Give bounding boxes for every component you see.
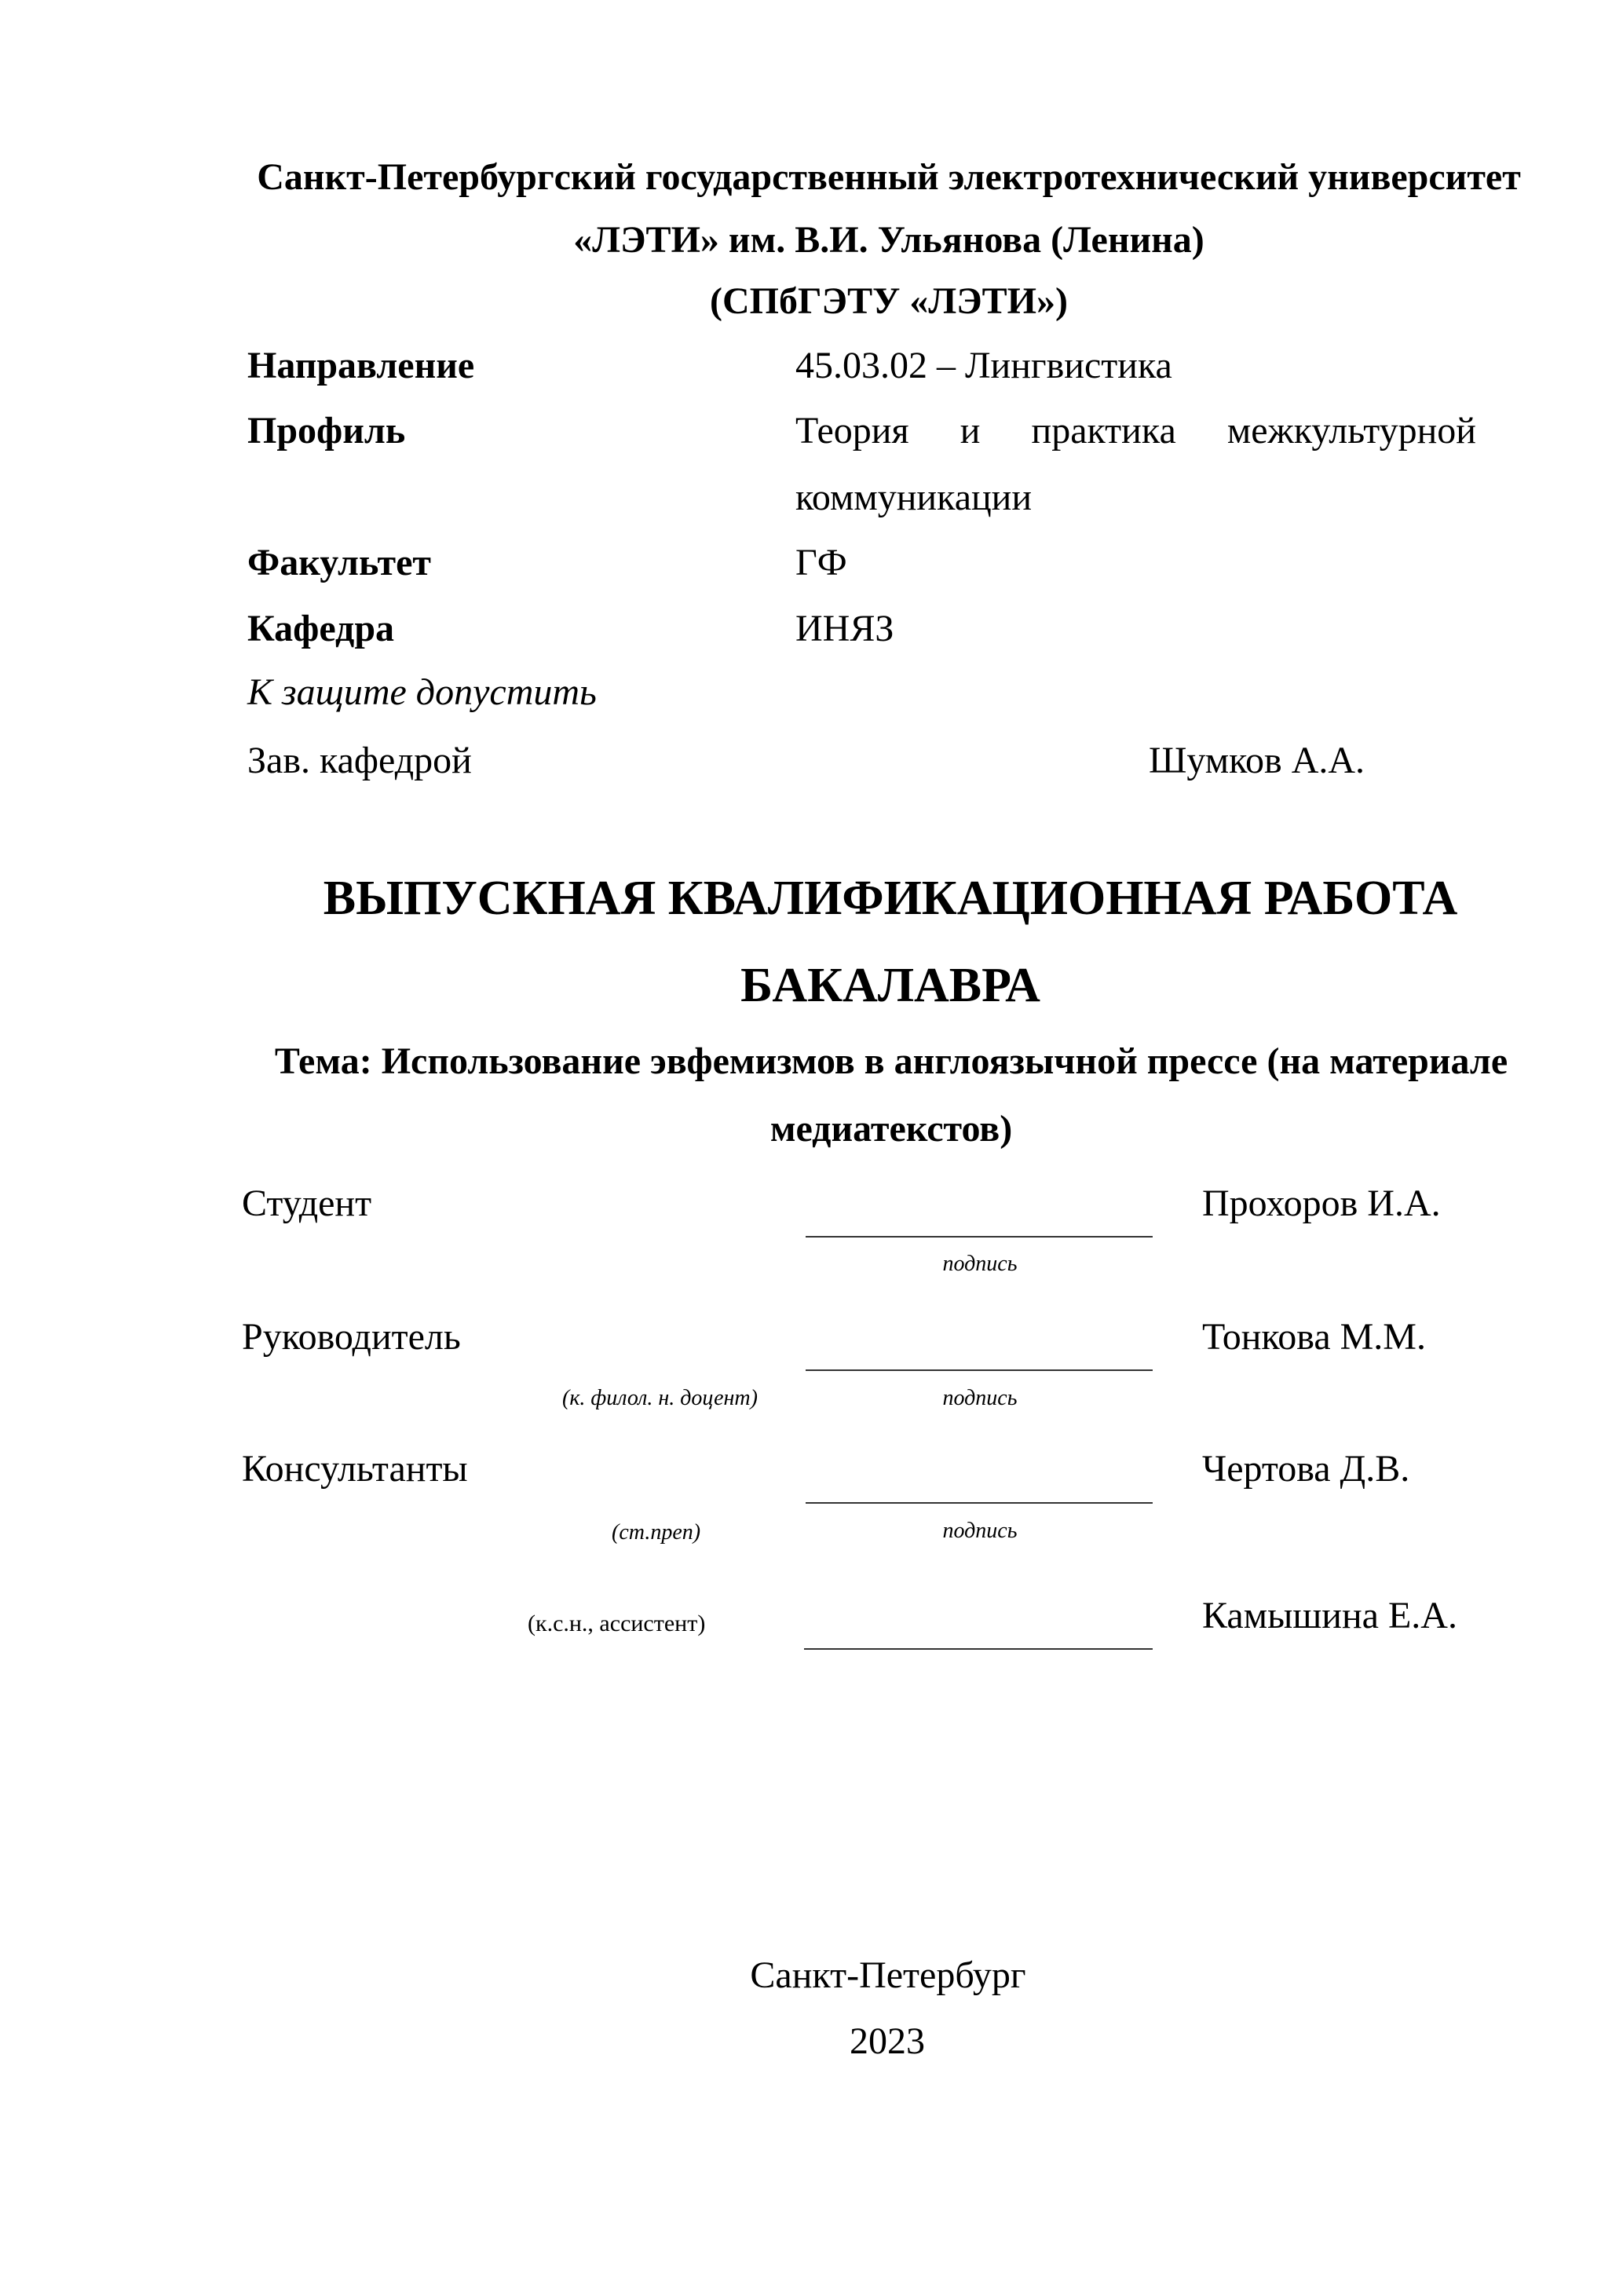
consultant2-position: (к.с.н., ассистент) xyxy=(528,1610,705,1636)
profile-word: Теория xyxy=(795,410,909,452)
department-label: Кафедра xyxy=(247,608,394,649)
document-title-line2: БАКАЛАВРА xyxy=(740,959,1040,1013)
head-of-department-name: Шумков А.А. xyxy=(1149,740,1365,781)
topic-line2: медиатекстов) xyxy=(770,1108,1012,1150)
faculty-label: Факультет xyxy=(247,542,431,583)
consultant1-signature-line xyxy=(806,1502,1153,1504)
profile-word: практика xyxy=(1032,410,1176,452)
year: 2023 xyxy=(850,2020,925,2062)
supervisor-signature-caption: подпись xyxy=(943,1386,1018,1410)
city: Санкт-Петербург xyxy=(750,1954,1025,1996)
student-name: Прохоров И.А. xyxy=(1202,1183,1441,1224)
consultant2-name: Камышина Е.А. xyxy=(1202,1595,1457,1636)
supervisor-name: Тонкова М.М. xyxy=(1202,1316,1426,1358)
consultant2-signature-line xyxy=(804,1648,1153,1650)
consultants-role-label: Консультанты xyxy=(242,1448,468,1490)
student-signature-caption: подпись xyxy=(943,1252,1018,1276)
department-value: ИНЯЗ xyxy=(795,608,894,649)
student-signature-line xyxy=(806,1236,1153,1238)
consultant1-position: (ст.преп) xyxy=(612,1520,700,1545)
university-name-line1: Санкт-Петербургский государственный элек… xyxy=(257,156,1521,198)
direction-value: 45.03.02 – Лингвистика xyxy=(795,345,1172,386)
profile-word: и xyxy=(960,410,981,452)
supervisor-role-label: Руководитель xyxy=(242,1316,461,1358)
consultant1-name: Чертова Д.В. xyxy=(1202,1448,1409,1490)
university-abbreviation: (СПбГЭТУ «ЛЭТИ») xyxy=(710,280,1068,322)
supervisor-signature-line xyxy=(806,1369,1153,1371)
topic-line1: Тема: Использование эвфемизмов в англояз… xyxy=(275,1040,1508,1082)
supervisor-position: (к. филол. н. доцент) xyxy=(562,1386,758,1410)
university-name-line2: «ЛЭТИ» им. В.И. Ульянова (Ленина) xyxy=(573,219,1204,261)
profile-value-line1: Теория и практика межкультурной xyxy=(795,410,1476,452)
head-of-department-label: Зав. кафедрой xyxy=(247,740,472,781)
profile-value-line2: коммуникации xyxy=(795,477,1032,518)
faculty-value: ГФ xyxy=(795,542,847,583)
document-title-line1: ВЫПУСКНАЯ КВАЛИФИКАЦИОННАЯ РАБОТА xyxy=(324,872,1458,926)
direction-label: Направление xyxy=(247,345,474,386)
profile-label: Профиль xyxy=(247,410,405,452)
profile-word: межкультурной xyxy=(1227,410,1476,452)
admit-to-defense-text: К защите допустить xyxy=(247,671,597,713)
student-role-label: Студент xyxy=(242,1183,371,1224)
consultant1-signature-caption: подпись xyxy=(943,1519,1018,1543)
